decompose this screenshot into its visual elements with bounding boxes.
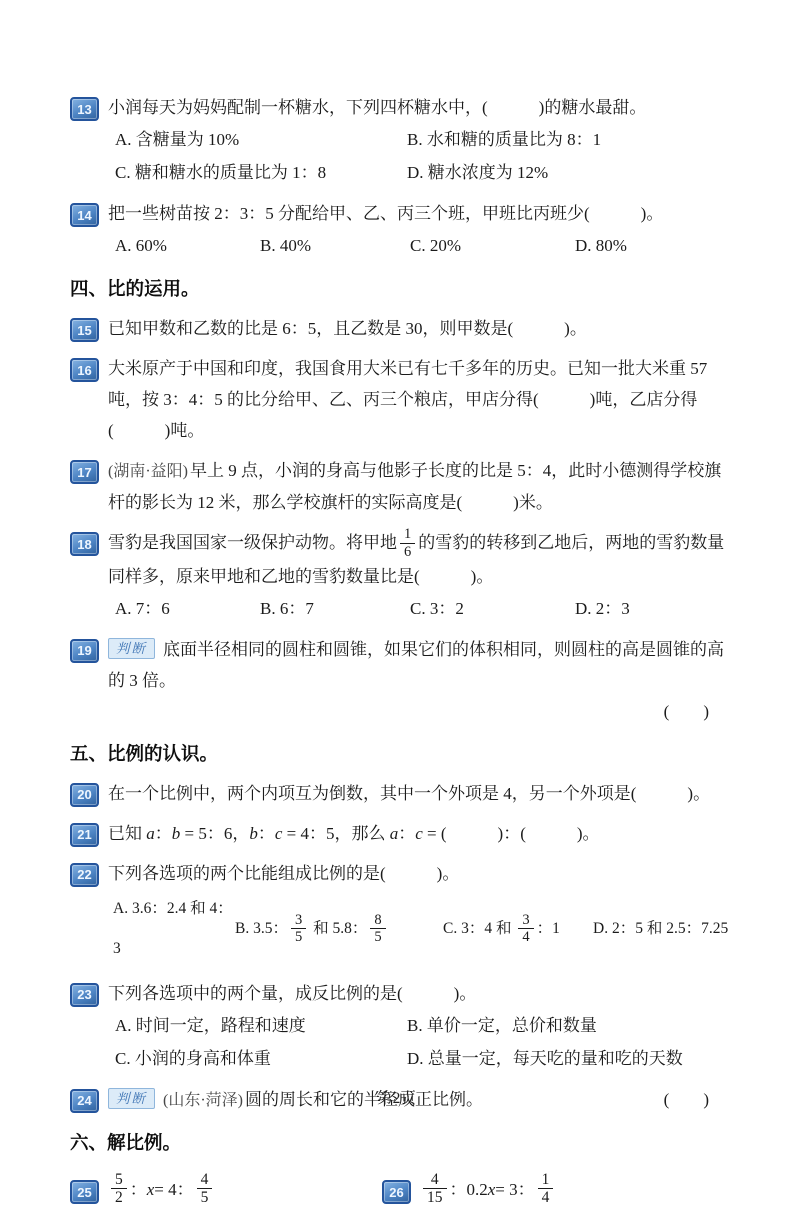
question-21-text: 已知 a：b = 5：6，b：c = 4：5，那么 a：c = ( )：( )。	[108, 818, 737, 849]
question-23-options: A. 时间一定，路程和速度 B. 单价一定，总价和数量 C. 小润的身高和体重 …	[108, 1009, 737, 1075]
question-14-option-d: D. 80%	[575, 229, 627, 262]
question-14-option-a: A. 60%	[115, 229, 260, 262]
fraction-eight-fifths: 85	[370, 912, 385, 945]
question-18-option-b: B. 6：7	[260, 592, 410, 625]
question-15: 15 已知甲数和乙数的比是 6：5，且乙数是 30，则甲数是( )。	[70, 313, 737, 344]
judge-type-badge: 判断	[108, 638, 155, 659]
fraction-three-fifths: 35	[291, 912, 306, 945]
question-23: 23 下列各选项中的两个量，成反比例的是( )。 A. 时间一定，路程和速度 B…	[70, 978, 737, 1075]
question-19-number-badge: 19	[70, 639, 99, 663]
question-23-number-badge: 23	[70, 983, 99, 1007]
question-16-text: 大米原产于中国和印度，我国食用大米已有七千多年的历史。已知一批大米重 57 吨，…	[108, 353, 737, 446]
question-18-text: 雪豹是我国国家一级保护动物。将甲地16的雪豹的转移到乙地后，两地的雪豹数量同样多…	[108, 527, 737, 592]
fraction-five-halves: 52	[111, 1171, 127, 1207]
question-13-option-b: B. 水和糖的质量比为 8：1	[407, 123, 601, 156]
section-heading-5: 五、比例的认识。	[70, 740, 737, 768]
question-23-option-c: C. 小润的身高和体重	[115, 1042, 407, 1075]
question-13-option-d: D. 糖水浓度为 12%	[407, 156, 548, 189]
question-21-number-badge: 21	[70, 823, 99, 847]
question-19-answer-blank: ( )	[108, 696, 737, 727]
question-14-options: A. 60% B. 40% C. 20% D. 80%	[108, 229, 737, 262]
question-14-number-badge: 14	[70, 203, 99, 227]
question-23-option-a: A. 时间一定，路程和速度	[115, 1009, 407, 1042]
question-13-options: A. 含糖量为 10% B. 水和糖的质量比为 8：1 C. 糖和糖水的质量比为…	[108, 123, 737, 189]
question-22-number-badge: 22	[70, 863, 99, 887]
section-heading-4: 四、比的运用。	[70, 275, 737, 303]
question-18: 18 雪豹是我国国家一级保护动物。将甲地16的雪豹的转移到乙地后，两地的雪豹数量…	[70, 527, 737, 625]
solve-proportion-row: 25 52：x = 4：45 26 415：0.2x = 3：14	[70, 1167, 737, 1213]
question-23-option-b: B. 单价一定，总价和数量	[407, 1009, 597, 1042]
fraction-four-fifteenths: 415	[423, 1171, 447, 1207]
question-20-text: 在一个比例中，两个内项互为倒数，其中一个外项是 4，另一个外项是( )。	[108, 778, 737, 809]
question-14: 14 把一些树苗按 2：3：5 分配给甲、乙、丙三个班，甲班比丙班少( )。 A…	[70, 198, 737, 262]
question-22-option-c: C. 3：4 和 34：1	[443, 909, 593, 949]
question-17-number-badge: 17	[70, 460, 99, 484]
question-18-options: A. 7：6 B. 6：7 C. 3：2 D. 2：3	[108, 592, 737, 625]
question-17-text: (湖南·益阳)早上 9 点，小润的身高与他影子长度的比是 5：4，此时小德测得学…	[108, 455, 737, 518]
question-22-option-d: D. 2：5 和 2.5：7.25	[593, 909, 728, 949]
question-13-number-badge: 13	[70, 97, 99, 121]
worksheet-page: 13 小润每天为妈妈配制一杯糖水，下列四杯糖水中，( )的糖水最甜。 A. 含糖…	[0, 0, 793, 1122]
question-20: 20 在一个比例中，两个内项互为倒数，其中一个外项是 4，另一个外项是( )。	[70, 778, 737, 809]
question-16: 16 大米原产于中国和印度，我国食用大米已有七千多年的历史。已知一批大米重 57…	[70, 353, 737, 446]
question-23-option-d: D. 总量一定，每天吃的量和吃的天数	[407, 1042, 683, 1075]
section-heading-6: 六、解比例。	[70, 1129, 737, 1157]
question-22-text: 下列各选项的两个比能组成比例的是( )。	[108, 858, 737, 889]
question-14-text: 把一些树苗按 2：3：5 分配给甲、乙、丙三个班，甲班比丙班少( )。	[108, 198, 737, 229]
question-16-number-badge: 16	[70, 358, 99, 382]
question-15-text: 已知甲数和乙数的比是 6：5，且乙数是 30，则甲数是( )。	[108, 313, 737, 344]
question-20-number-badge: 20	[70, 783, 99, 807]
question-13-text: 小润每天为妈妈配制一杯糖水，下列四杯糖水中，( )的糖水最甜。	[108, 92, 737, 123]
fraction-four-fifths: 45	[197, 1171, 213, 1207]
page-number-footer: 第2页	[0, 1086, 793, 1108]
question-22: 22 下列各选项的两个比能组成比例的是( )。 A. 3.6：2.4 和 4：3…	[70, 858, 737, 969]
fraction-one-sixth: 16	[400, 526, 415, 559]
question-26-equation: 415：0.2x = 3：14	[420, 1167, 556, 1213]
question-17: 17 (湖南·益阳)早上 9 点，小润的身高与他影子长度的比是 5：4，此时小德…	[70, 455, 737, 518]
question-22-option-b: B. 3.5：35 和 5.8：85	[235, 909, 443, 949]
fraction-three-fourths: 34	[518, 912, 533, 945]
question-14-option-b: B. 40%	[260, 229, 410, 262]
question-22-option-a: A. 3.6：2.4 和 4：3	[113, 889, 235, 969]
question-19-text: 判断底面半径相同的圆柱和圆锥，如果它们的体积相同，则圆柱的高是圆锥的高的 3 倍…	[108, 634, 737, 696]
question-25-equation: 52：x = 4：45	[108, 1167, 215, 1213]
fraction-one-fourth: 14	[538, 1171, 554, 1207]
question-19: 19 判断底面半径相同的圆柱和圆锥，如果它们的体积相同，则圆柱的高是圆锥的高的 …	[70, 634, 737, 727]
question-23-text: 下列各选项中的两个量，成反比例的是( )。	[108, 978, 737, 1009]
question-18-option-a: A. 7：6	[115, 592, 260, 625]
question-26: 26 415：0.2x = 3：14	[382, 1167, 694, 1213]
question-18-option-d: D. 2：3	[575, 592, 630, 625]
question-13-option-a: A. 含糖量为 10%	[115, 123, 407, 156]
question-25-number-badge: 25	[70, 1180, 99, 1204]
question-21: 21 已知 a：b = 5：6，b：c = 4：5，那么 a：c = ( )：(…	[70, 818, 737, 849]
question-13-option-c: C. 糖和糖水的质量比为 1：8	[115, 156, 407, 189]
question-18-option-c: C. 3：2	[410, 592, 575, 625]
question-15-number-badge: 15	[70, 318, 99, 342]
question-25: 25 52：x = 4：45	[70, 1167, 382, 1213]
question-26-number-badge: 26	[382, 1180, 411, 1204]
question-17-source: (湖南·益阳)	[108, 463, 188, 480]
question-14-option-c: C. 20%	[410, 229, 575, 262]
question-22-options: A. 3.6：2.4 和 4：3 B. 3.5：35 和 5.8：85 C. 3…	[108, 889, 737, 969]
question-13: 13 小润每天为妈妈配制一杯糖水，下列四杯糖水中，( )的糖水最甜。 A. 含糖…	[70, 92, 737, 189]
question-18-number-badge: 18	[70, 532, 99, 556]
